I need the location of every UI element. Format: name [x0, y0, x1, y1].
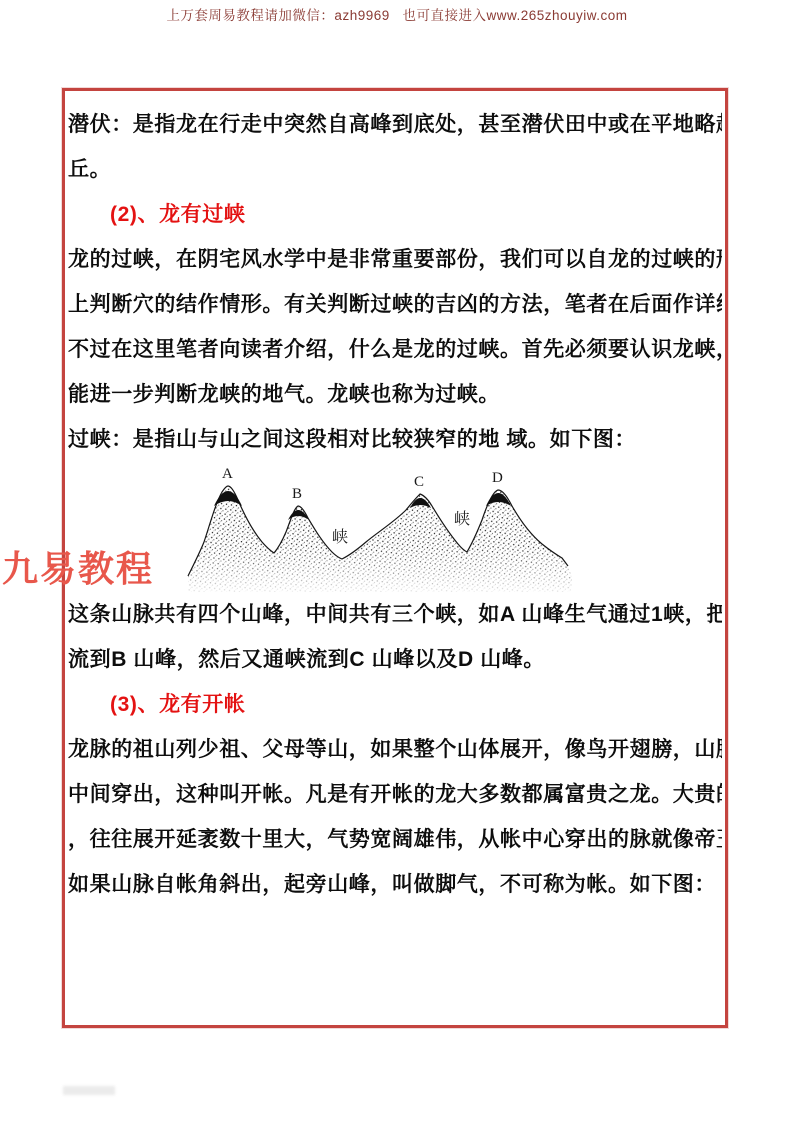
- heading-long-you-guoxia: (2)、龙有过峡: [68, 192, 722, 237]
- content-border-box: 潜伏：是指龙在行走中突然自高峰到底处，甚至潜伏田中或在平地略起小丘。 (2)、龙…: [62, 88, 728, 1028]
- text-line: ，往往展开延袤数十里大，气势宽阔雄伟，从帐中心穿出的脉就像帝王出巡。: [68, 817, 722, 862]
- mountain-stipple-fill: [188, 486, 572, 592]
- paragraph-kaizhang: 龙脉的祖山列少祖、父母等山，如果整个山体展开，像鸟开翅膀，山脉自中间穿出，这种叫…: [68, 727, 722, 907]
- mountain-gorge-diagram: A B C D 峡 峡: [186, 462, 590, 592]
- peak-label-c: C: [414, 474, 424, 490]
- paragraph-guoxia-intro: 龙的过峡，在阴宅风水学中是非常重要部份，我们可以自龙的过峡的形势上判断穴的结作情…: [68, 237, 722, 417]
- gorge-label-1: 峡: [332, 528, 348, 546]
- text-line: 这条山脉共有四个山峰，中间共有三个峡，如A 山峰生气通过1峡，把生气: [68, 592, 722, 637]
- text-line: 龙脉的祖山列少祖、父母等山，如果整个山体展开，像鸟开翅膀，山脉自: [68, 727, 722, 772]
- paragraph-diagram-explain: 这条山脉共有四个山峰，中间共有三个峡，如A 山峰生气通过1峡，把生气流到B 山峰…: [68, 592, 722, 682]
- page-header-promo: 上万套周易教程请加微信：azh9969 也可直接进入www.265zhouyiw…: [0, 4, 794, 24]
- text-line: 潜伏：是指龙在行走中突然自高峰到底处，甚至潜伏田中或在平地略起小: [68, 102, 722, 147]
- watermark-jiuyi-jiaocheng: 九易教程: [2, 541, 154, 592]
- peak-label-d: D: [492, 470, 503, 486]
- paragraph-guoxia-definition: 过峡：是指山与山之间这段相对比较狭窄的地 域。如下图：: [68, 417, 722, 462]
- peak-label-b: B: [292, 486, 302, 502]
- text-line: 上判断穴的结作情形。有关判断过峡的吉凶的方法，笔者在后面作详细论述，: [68, 282, 722, 327]
- text-line: 不过在这里笔者向读者介绍，什么是龙的过峡。首先必须要认识龙峡，然后才: [68, 327, 722, 372]
- gorge-label-2: 峡: [454, 510, 470, 528]
- mountain-diagram-svg: A B C D 峡 峡: [186, 462, 590, 592]
- scan-artifact: [63, 1086, 115, 1095]
- text-line: 过峡：是指山与山之间这段相对比较狭窄的地 域。如下图：: [68, 417, 722, 462]
- heading-long-you-kaizhang: (3)、龙有开帐: [68, 682, 722, 727]
- text-line: 龙的过峡，在阴宅风水学中是非常重要部份，我们可以自龙的过峡的形势: [68, 237, 722, 282]
- text-line: 如果山脉自帐角斜出，起旁山峰，叫做脚气，不可称为帐。如下图：: [68, 862, 722, 907]
- text-line: 中间穿出，这种叫开帐。凡是有开帐的龙大多数都属富贵之龙。大贵的龙开帐: [68, 772, 722, 817]
- text-line: 丘。: [68, 147, 722, 192]
- peak-label-a: A: [222, 466, 233, 482]
- text-line: 流到B 山峰，然后又通峡流到C 山峰以及D 山峰。: [68, 637, 722, 682]
- paragraph-qianfu: 潜伏：是指龙在行走中突然自高峰到底处，甚至潜伏田中或在平地略起小丘。: [68, 102, 722, 192]
- text-line: 能进一步判断龙峡的地气。龙峡也称为过峡。: [68, 372, 722, 417]
